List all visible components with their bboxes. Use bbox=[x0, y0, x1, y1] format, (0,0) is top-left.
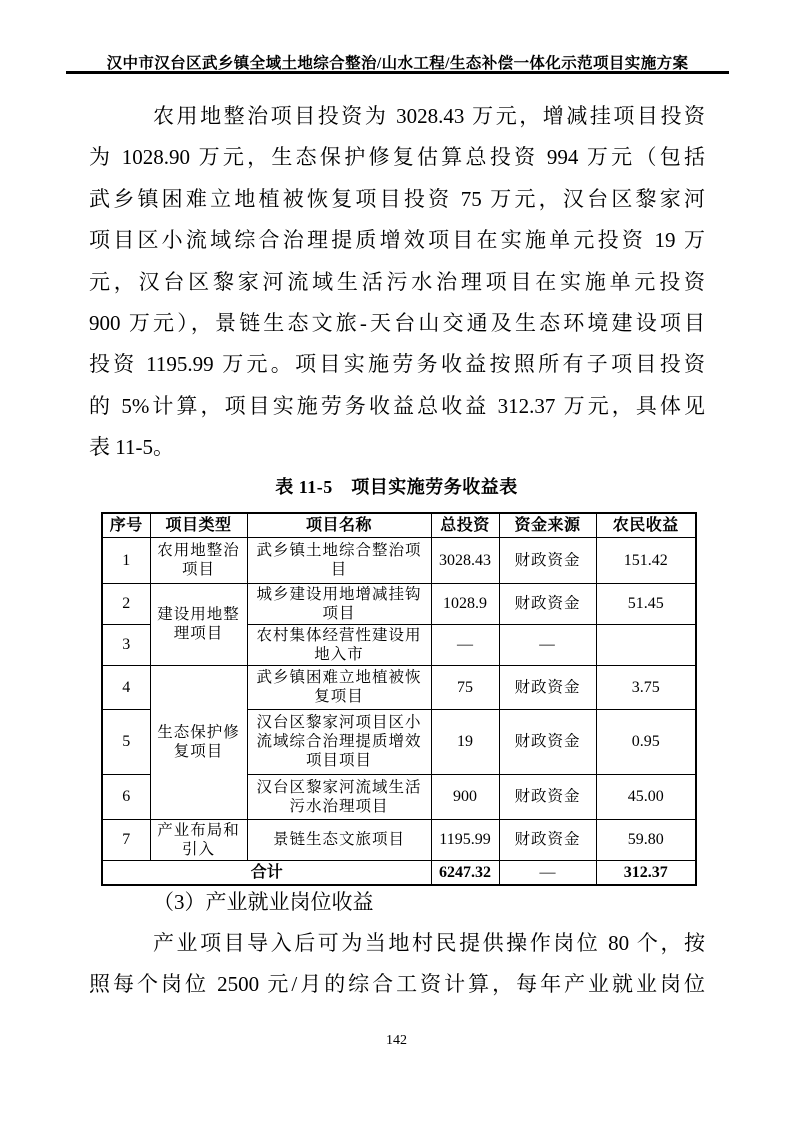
cell-income: 51.45 bbox=[596, 583, 696, 624]
table-row: 7 产业布局和引入 景链生态文旅项目 1195.99 财政资金 59.80 bbox=[102, 819, 696, 860]
cell-investment: 19 bbox=[431, 709, 499, 774]
column-header-type: 项目类型 bbox=[150, 513, 247, 537]
paragraph-line: 投资 1195.99 万元。项目实施劳务收益按照所有子项目投资 bbox=[89, 344, 705, 385]
table-row: 2 建设用地整理项目 城乡建设用地增减挂钩项目 1028.9 财政资金 51.4… bbox=[102, 583, 696, 624]
paragraph-line: 产业项目导入后可为当地村民提供操作岗位 80 个，按 bbox=[89, 923, 705, 964]
cell-no: 6 bbox=[102, 774, 150, 819]
table-row: 1 农用地整治项目 武乡镇土地综合整治项目 3028.43 财政资金 151.4… bbox=[102, 537, 696, 583]
cell-type: 农用地整治项目 bbox=[150, 537, 247, 583]
section-employment-income: （3）产业就业岗位收益 产业项目导入后可为当地村民提供操作岗位 80 个，按 照… bbox=[89, 882, 705, 1005]
table-header-row: 序号 项目类型 项目名称 总投资 资金来源 农民收益 bbox=[102, 513, 696, 537]
paragraph-line: 照每个岗位 2500 元/月的综合工资计算，每年产业就业岗位 bbox=[89, 964, 705, 1005]
cell-no: 1 bbox=[102, 537, 150, 583]
paragraph-line: 武乡镇困难立地植被恢复项目投资 75 万元，汉台区黎家河 bbox=[89, 179, 705, 220]
column-header-name: 项目名称 bbox=[247, 513, 431, 537]
document-page: 汉中市汉台区武乡镇全域土地综合整治/山水工程/生态补偿一体化示范项目实施方案 农… bbox=[0, 0, 793, 1122]
paragraph-line: 为 1028.90 万元，生态保护修复估算总投资 994 万元（包括 bbox=[89, 137, 705, 178]
cell-name: 汉台区黎家河项目区小流域综合治理提质增效项目项目 bbox=[247, 709, 431, 774]
cell-type: 生态保护修复项目 bbox=[150, 665, 247, 819]
paragraph-line: 元，汉台区黎家河流域生活污水治理项目在实施单元投资 bbox=[89, 262, 705, 303]
cell-no: 7 bbox=[102, 819, 150, 860]
cell-type: 产业布局和引入 bbox=[150, 819, 247, 860]
cell-income: 151.42 bbox=[596, 537, 696, 583]
header-rule bbox=[66, 71, 729, 74]
column-header-source: 资金来源 bbox=[499, 513, 596, 537]
cell-investment: 3028.43 bbox=[431, 537, 499, 583]
cell-income bbox=[596, 624, 696, 665]
cell-name: 景链生态文旅项目 bbox=[247, 819, 431, 860]
cell-source: 财政资金 bbox=[499, 665, 596, 709]
cell-source: 财政资金 bbox=[499, 819, 596, 860]
paragraph-line: 的 5%计算，项目实施劳务收益总收益 312.37 万元，具体见 bbox=[89, 386, 705, 427]
paragraph-line: 项目区小流域综合治理提质增效项目在实施单元投资 19 万 bbox=[89, 220, 705, 261]
page-number: 142 bbox=[0, 1033, 793, 1049]
cell-no: 4 bbox=[102, 665, 150, 709]
running-header-title: 汉中市汉台区武乡镇全域土地综合整治/山水工程/生态补偿一体化示范项目实施方案 bbox=[66, 51, 729, 73]
cell-investment: 1028.9 bbox=[431, 583, 499, 624]
cell-no: 5 bbox=[102, 709, 150, 774]
table-caption: 表 11-5 项目实施劳务收益表 bbox=[0, 474, 793, 500]
cell-no: 2 bbox=[102, 583, 150, 624]
cell-income: 59.80 bbox=[596, 819, 696, 860]
table-row: 4 生态保护修复项目 武乡镇困难立地植被恢复项目 75 财政资金 3.75 bbox=[102, 665, 696, 709]
column-header-income: 农民收益 bbox=[596, 513, 696, 537]
cell-type: 建设用地整理项目 bbox=[150, 583, 247, 665]
cell-income: 45.00 bbox=[596, 774, 696, 819]
cell-source: 财政资金 bbox=[499, 537, 596, 583]
cell-income: 3.75 bbox=[596, 665, 696, 709]
cell-name: 城乡建设用地增减挂钩项目 bbox=[247, 583, 431, 624]
cell-source: — bbox=[499, 624, 596, 665]
cell-investment: 1195.99 bbox=[431, 819, 499, 860]
cell-no: 3 bbox=[102, 624, 150, 665]
cell-source: 财政资金 bbox=[499, 709, 596, 774]
paragraph-line: 表 11-5。 bbox=[89, 427, 705, 468]
cell-source: 财政资金 bbox=[499, 774, 596, 819]
cell-name: 农村集体经营性建设用地入市 bbox=[247, 624, 431, 665]
cell-source: 财政资金 bbox=[499, 583, 596, 624]
column-header-no: 序号 bbox=[102, 513, 150, 537]
cell-investment: 75 bbox=[431, 665, 499, 709]
cell-income: 0.95 bbox=[596, 709, 696, 774]
paragraph-line: 900 万元），景链生态文旅-天台山交通及生态环境建设项目 bbox=[89, 303, 705, 344]
cell-name: 武乡镇困难立地植被恢复项目 bbox=[247, 665, 431, 709]
cell-investment: 900 bbox=[431, 774, 499, 819]
column-header-investment: 总投资 bbox=[431, 513, 499, 537]
section-heading: （3）产业就业岗位收益 bbox=[89, 882, 705, 923]
cell-name: 武乡镇土地综合整治项目 bbox=[247, 537, 431, 583]
paragraph-investment-summary: 农用地整治项目投资为 3028.43 万元，增减挂项目投资 为 1028.90 … bbox=[89, 96, 705, 469]
cell-investment: — bbox=[431, 624, 499, 665]
paragraph-line: 农用地整治项目投资为 3028.43 万元，增减挂项目投资 bbox=[89, 96, 705, 137]
labor-income-table: 序号 项目类型 项目名称 总投资 资金来源 农民收益 1 农用地整治项目 武乡镇… bbox=[101, 512, 697, 886]
cell-name: 汉台区黎家河流域生活污水治理项目 bbox=[247, 774, 431, 819]
